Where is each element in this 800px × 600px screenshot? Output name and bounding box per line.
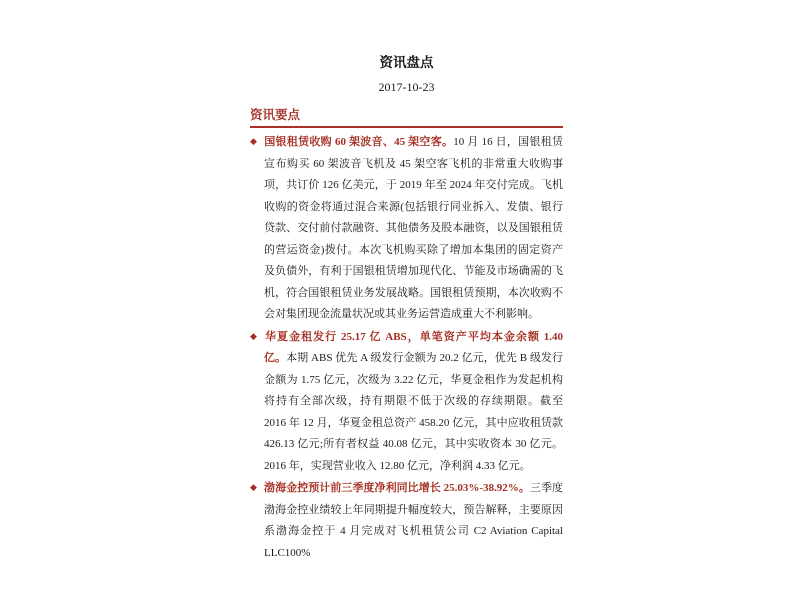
document-page: 资讯盘点 2017-10-23 资讯要点 ◆国银租赁收购 60 架波音、45 架… bbox=[0, 0, 800, 600]
news-item: ◆国银租赁收购 60 架波音、45 架空客。10 月 16 日，国银租赁宣布购买… bbox=[250, 131, 563, 326]
news-item: ◆渤海金控预计前三季度净利同比增长 25.03%-38.92%。三季度渤海金控业… bbox=[250, 477, 563, 564]
bullet-diamond-icon: ◆ bbox=[250, 326, 264, 348]
document-date: 2017-10-23 bbox=[250, 80, 563, 95]
news-list: ◆国银租赁收购 60 架波音、45 架空客。10 月 16 日，国银租赁宣布购买… bbox=[250, 131, 563, 564]
news-item-headline: 渤海金控预计前三季度净利同比增长 25.03%-38.92%。 bbox=[264, 482, 530, 494]
news-item-body: 本期 ABS 优先 A 级发行金额为 20.2 亿元，优先 B 级发行金额为 1… bbox=[264, 352, 563, 472]
news-item-headline: 国银租赁收购 60 架波音、45 架空客。 bbox=[264, 136, 453, 148]
content-column: 资讯盘点 2017-10-23 资讯要点 ◆国银租赁收购 60 架波音、45 架… bbox=[250, 0, 563, 564]
bullet-diamond-icon: ◆ bbox=[250, 131, 264, 153]
news-item-body: 10 月 16 日，国银租赁宣布购买 60 架波音飞机及 45 架空客飞机的非常… bbox=[264, 136, 563, 320]
page-title: 资讯盘点 bbox=[250, 54, 563, 71]
bullet-diamond-icon: ◆ bbox=[250, 477, 264, 499]
news-item: ◆华夏金租发行 25.17 亿 ABS，单笔资产平均本金余额 1.40 亿。本期… bbox=[250, 326, 563, 478]
section-heading: 资讯要点 bbox=[250, 108, 563, 128]
